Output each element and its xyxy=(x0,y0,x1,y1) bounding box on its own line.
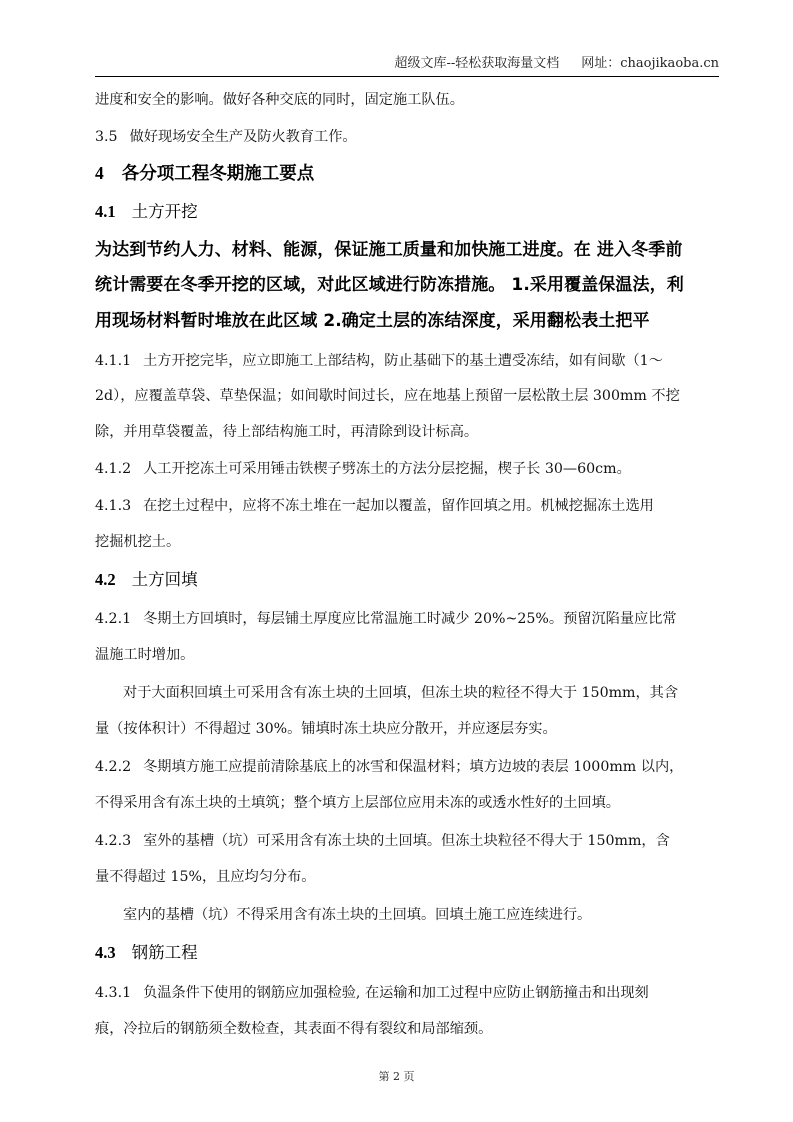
header-site-name: 超级文库--轻松获取海量文档 xyxy=(394,56,559,71)
document-page: 超级文库--轻松获取海量文档网址：chaojikaoba.cn 进度和安全的影响… xyxy=(0,0,793,1122)
intro-bold-line: 统计需要在冬季开挖的区域，对此区域进行防冻措施。 1.采用覆盖保温法，利 xyxy=(95,273,684,297)
paragraph-line: 不得采用含有冻土块的土填筑；整个填方上层部位应用未冻的或透水性好的土回填。 xyxy=(95,793,620,813)
item-4-3-1: 4.3.1负温条件下使用的钢筋应加强检验, 在运输和加工过程中应防止钢筋撞击和出… xyxy=(95,983,649,1003)
section-title: 土方回填 xyxy=(132,570,198,589)
item-4-1-2: 4.1.2人工开挖冻土可采用锤击铁楔子劈冻土的方法分层挖掘，楔子长 30—60c… xyxy=(95,459,631,479)
item-number: 4.2.3 xyxy=(95,831,131,851)
item-4-1-1: 4.1.1土方开挖完毕，应立即施工上部结构，防止基础下的基土遭受冻结，如有间歇（… xyxy=(95,351,663,371)
paragraph-line: 量不得超过 15%，且应均匀分布。 xyxy=(95,867,315,887)
paragraph-line: 进度和安全的影响。做好各种交底的同时，固定施工队伍。 xyxy=(95,90,464,110)
section-heading-4: 4各分项工程冬期施工要点 xyxy=(95,161,314,186)
item-text: 做好现场安全生产及防火教育工作。 xyxy=(130,129,357,145)
item-text: 土方开挖完毕，应立即施工上部结构，防止基础下的基土遭受冻结，如有间歇（1～ xyxy=(143,353,663,369)
section-number: 4.2 xyxy=(95,568,116,592)
item-text: 冬期填方施工应提前清除基底上的冰雪和保温材料；填方边坡的表层 1000mm 以内… xyxy=(143,759,683,775)
intro-bold-line: 用现场材料暂时堆放在此区域 2.确定土层的冻结深度，采用翻松表土把平 xyxy=(95,309,650,333)
section-title: 土方开挖 xyxy=(132,202,198,221)
item-4-2-3: 4.2.3室外的基槽（坑）可采用含有冻土块的土回填。但冻土块粒径不得大于 150… xyxy=(95,831,670,851)
paragraph-line: 2d），应覆盖草袋、草垫保温；如间歇时间过长，应在地基上预留一层松散土层 300… xyxy=(95,386,680,406)
section-number: 4.1 xyxy=(95,200,116,224)
paragraph-line: 室内的基槽（坑）不得采用含有冻土块的土回填。回填土施工应连续进行。 xyxy=(123,905,591,925)
item-number: 4.1.3 xyxy=(95,496,131,516)
item-text: 在挖土过程中，应将不冻土堆在一起加以覆盖，留作回填之用。机械挖掘冻土选用 xyxy=(143,498,654,514)
intro-bold-line: 为达到节约人力、材料、能源，保证施工质量和加快施工进度。在 进入冬季前 xyxy=(95,238,682,262)
item-4-2-1: 4.2.1冬期土方回填时，每层铺土厚度应比常温施工时减少 20%~25%。预留沉… xyxy=(95,609,677,629)
paragraph-line: 痕，冷拉后的钢筋须全数检查，其表面不得有裂纹和局部缩颈。 xyxy=(95,1019,492,1039)
item-text: 人工开挖冻土可采用锤击铁楔子劈冻土的方法分层挖掘，楔子长 30—60cm。 xyxy=(143,461,631,477)
item-number: 3.5 xyxy=(95,127,118,147)
item-text: 负温条件下使用的钢筋应加强检验, 在运输和加工过程中应防止钢筋撞击和出现刻 xyxy=(143,985,649,1001)
item-number: 4.2.1 xyxy=(95,609,131,629)
item-number: 4.3.1 xyxy=(95,983,131,1003)
section-title: 各分项工程冬期施工要点 xyxy=(122,164,315,184)
paragraph-line: 对于大面积回填土可采用含有冻土块的土回填，但冻土块的粒径不得大于 150mm，其… xyxy=(123,683,678,703)
item-3-5: 3.5做好现场安全生产及防火教育工作。 xyxy=(95,127,357,147)
paragraph-line: 量（按体积计）不得超过 30%。铺填时冻土块应分散开，并应逐层夯实。 xyxy=(95,719,557,739)
section-heading-4-3: 4.3钢筋工程 xyxy=(95,941,198,965)
header-divider xyxy=(95,76,719,77)
section-number: 4 xyxy=(95,161,104,185)
page-header: 超级文库--轻松获取海量文档网址：chaojikaoba.cn xyxy=(95,54,719,76)
item-text: 室外的基槽（坑）可采用含有冻土块的土回填。但冻土块粒径不得大于 150mm，含 xyxy=(143,833,670,849)
section-heading-4-1: 4.1土方开挖 xyxy=(95,200,198,224)
section-title: 钢筋工程 xyxy=(132,943,198,962)
item-4-2-2: 4.2.2冬期填方施工应提前清除基底上的冰雪和保温材料；填方边坡的表层 1000… xyxy=(95,757,683,777)
header-url: 网址：chaojikaoba.cn xyxy=(581,56,719,71)
paragraph-line: 除，并用草袋覆盖，待上部结构施工时，再清除到设计标高。 xyxy=(95,422,478,442)
page-number: 第 2 页 xyxy=(0,1070,793,1084)
section-heading-4-2: 4.2土方回填 xyxy=(95,568,198,592)
item-number: 4.2.2 xyxy=(95,757,131,777)
item-text: 冬期土方回填时，每层铺土厚度应比常温施工时减少 20%~25%。预留沉陷量应比常 xyxy=(143,611,676,627)
paragraph-line: 温施工时增加。 xyxy=(95,645,194,665)
section-number: 4.3 xyxy=(95,941,116,965)
item-number: 4.1.2 xyxy=(95,459,131,479)
paragraph-line: 挖掘机挖土。 xyxy=(95,532,180,552)
item-4-1-3: 4.1.3在挖土过程中，应将不冻土堆在一起加以覆盖，留作回填之用。机械挖掘冻土选… xyxy=(95,496,654,516)
item-number: 4.1.1 xyxy=(95,351,131,371)
